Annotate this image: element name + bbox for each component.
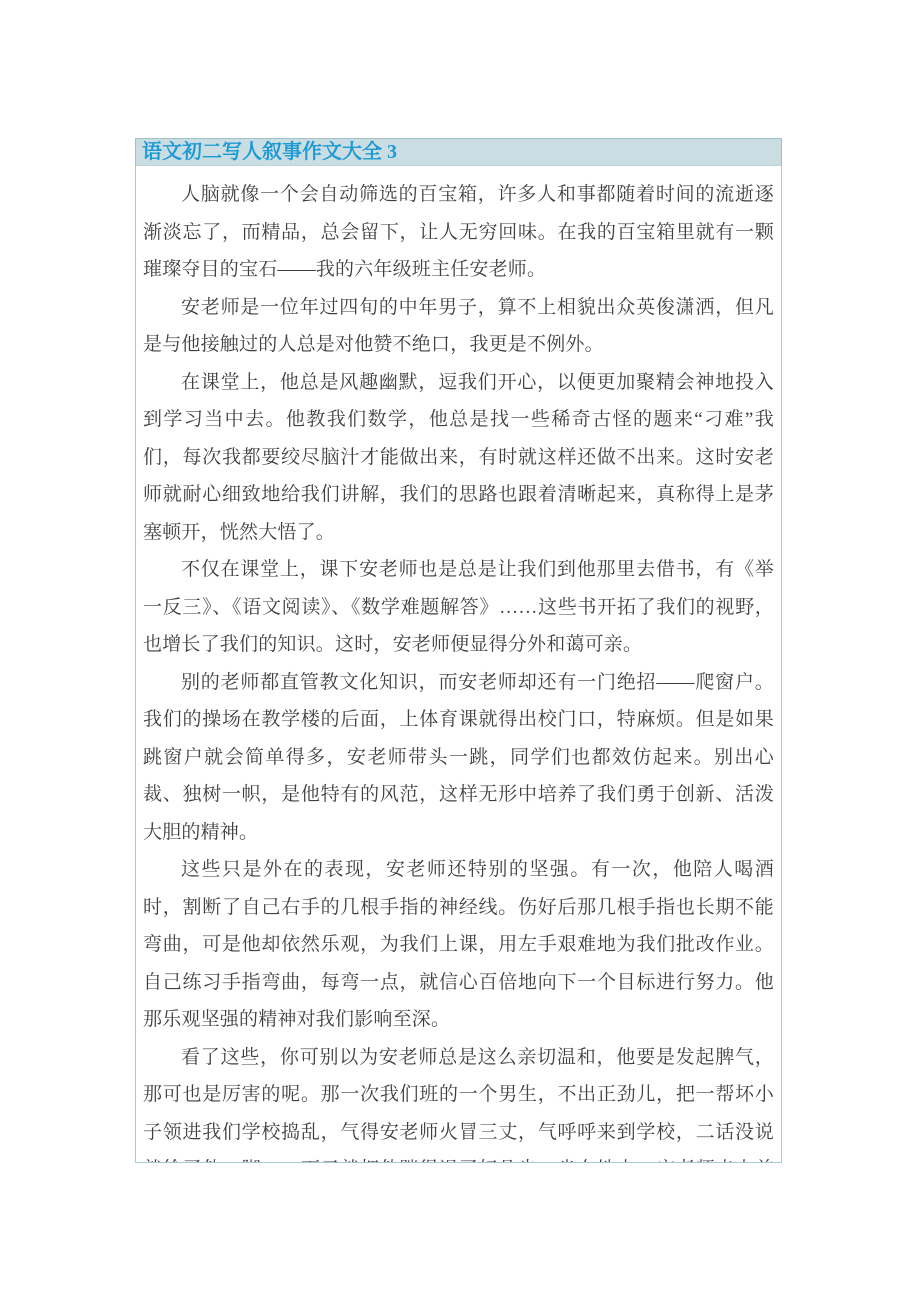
- essay-paragraph: 不仅在课堂上，课下安老师也是总是让我们到他那里去借书，有《举一反三》、《语文阅读…: [143, 551, 774, 664]
- essay-title: 语文初二写人叙事作文大全 3: [142, 139, 775, 165]
- essay-paragraph: 在课堂上，他总是风趣幽默，逗我们开心，以便更加聚精会神地投入到学习当中去。他教我…: [143, 364, 774, 552]
- essay-paragraph: 安老师是一位年过四旬的中年男子，算不上相貌出众英俊潇洒，但凡是与他接触过的人总是…: [143, 289, 774, 364]
- essay-document: 语文初二写人叙事作文大全 3 人脑就像一个会自动筛选的百宝箱，许多人和事都随着时…: [135, 138, 782, 1163]
- essay-body: 人脑就像一个会自动筛选的百宝箱，许多人和事都随着时间的流逝逐渐淡忘了，而精品，总…: [135, 166, 782, 1163]
- essay-paragraph: 人脑就像一个会自动筛选的百宝箱，许多人和事都随着时间的流逝逐渐淡忘了，而精品，总…: [143, 176, 774, 289]
- essay-paragraph: 别的老师都直管教文化知识，而安老师却还有一门绝招——爬窗户。我们的操场在教学楼的…: [143, 664, 774, 852]
- essay-paragraph: 这些只是外在的表现，安老师还特别的坚强。有一次，他陪人喝酒时，割断了自己右手的几…: [143, 851, 774, 1039]
- essay-paragraph: 看了这些，你可别以为安老师总是这么亲切温和，他要是发起脾气，那可也是厉害的呢。那…: [143, 1039, 774, 1164]
- essay-title-bar: 语文初二写人叙事作文大全 3: [135, 138, 782, 166]
